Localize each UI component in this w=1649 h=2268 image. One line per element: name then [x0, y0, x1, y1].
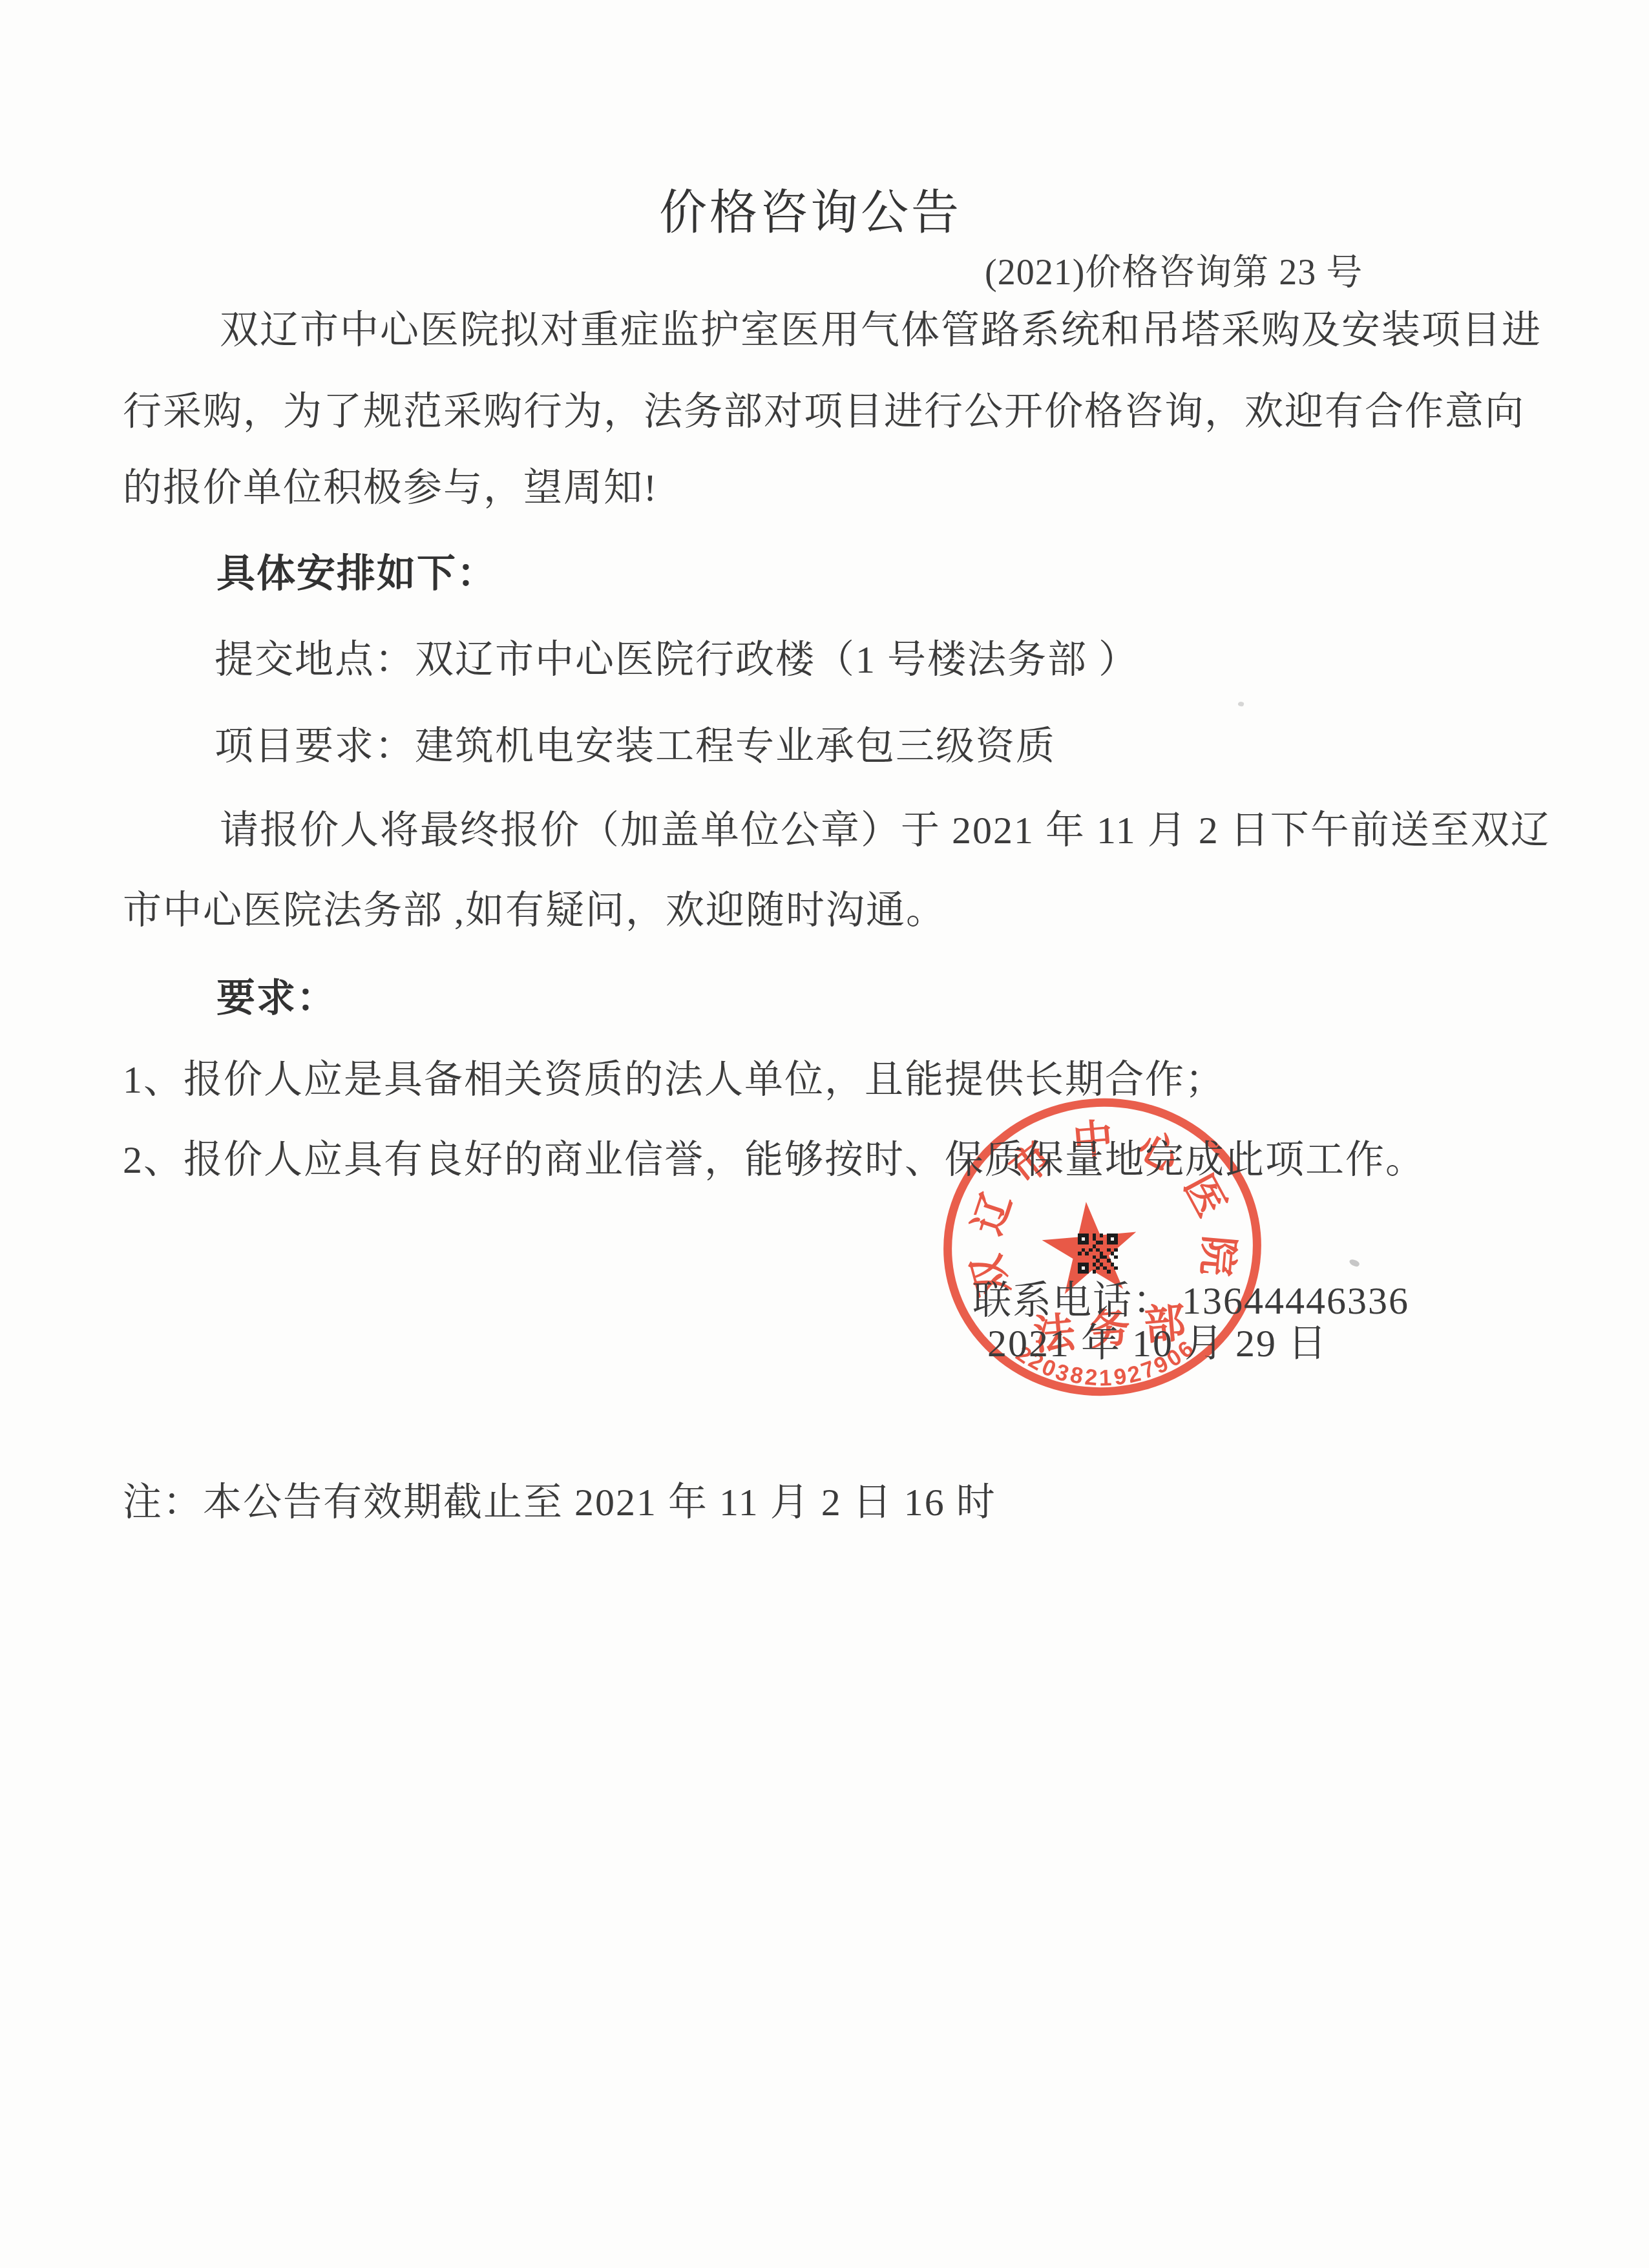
page-title: 价格咨询公告 — [659, 187, 961, 240]
seal-serial-digit: 2 — [1084, 1365, 1098, 1391]
paragraph-line: 行采购，为了规范采购行为，法务部对项目进行公开价格咨询，欢迎有合作意向 — [123, 390, 1525, 433]
contact-phone-number: 13644446336 — [1182, 1279, 1409, 1322]
paragraph-line: 请报价人将最终报价（加盖单位公章）于 2021 年 11 月 2 日下午前送至双… — [220, 809, 1551, 852]
requirement-item-2: 2、报价人应具有良好的商业信誉，能够按时、保质保量地完成此项工作。 — [123, 1139, 1425, 1181]
section-heading-requirements: 要求： — [216, 977, 337, 1020]
doc-number: (2021)价格咨询第 23 号 — [985, 253, 1363, 293]
requirement-item-1: 1、报价人应是具备相关资质的法人单位，且能提供长期合作； — [123, 1058, 1225, 1101]
project-requirement-line: 项目要求：建筑机电安装工程专业承包三级资质 — [215, 725, 1056, 768]
validity-note: 注：本公告有效期截止至 2021 年 11 月 2 日 16 时 — [123, 1481, 996, 1524]
submission-location-line: 提交地点：双辽市中心医院行政楼（1 号楼法务部 ） — [215, 638, 1139, 681]
paragraph-line: 市中心医院法务部 ,如有疑问，欢迎随时沟通。 — [123, 889, 946, 932]
paragraph-line: 双辽市中心医院拟对重症监护室医用气体管路系统和吊塔采购及安装项目进 — [220, 309, 1542, 352]
contact-phone-label: 联系电话： — [972, 1279, 1173, 1322]
paragraph-line: 的报价单位积极参与，望周知! — [123, 467, 658, 509]
issue-date: 2021 年 10 月 29 日 — [987, 1322, 1328, 1365]
scan-speck — [1237, 701, 1245, 707]
seal-serial-digit: 1 — [1099, 1365, 1113, 1391]
section-heading-arrangement: 具体安排如下： — [216, 552, 497, 595]
qr-code-icon — [1078, 1232, 1118, 1276]
scanned-announcement-page: 价格咨询公告 (2021)价格咨询第 23 号 双辽市中心医院拟对重症监护室医用… — [0, 0, 1649, 2268]
